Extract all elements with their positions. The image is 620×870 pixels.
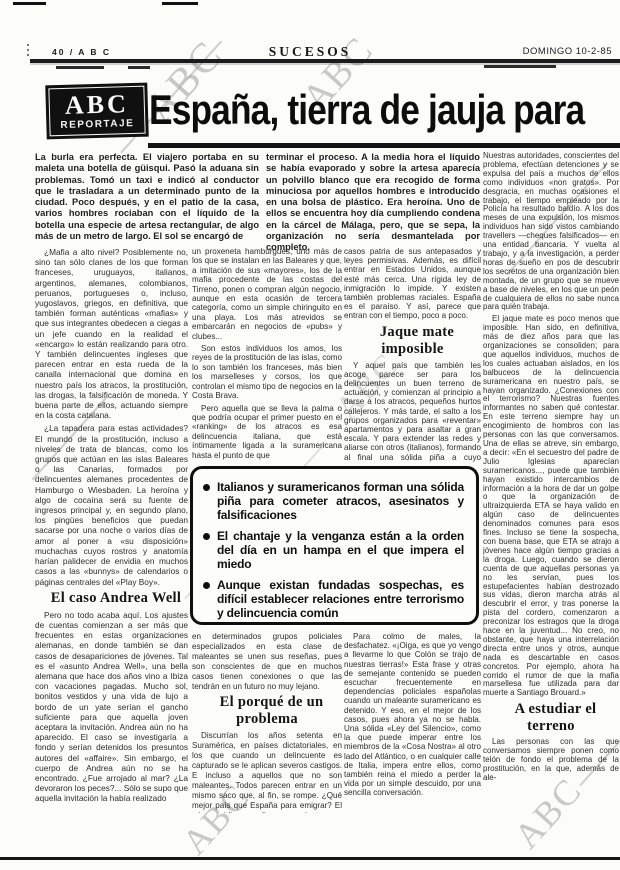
body-paragraph: Pero aquella que se lleva la palma o que… — [192, 404, 342, 460]
column-4: Nuestras autoridades, conscientes del pr… — [483, 152, 619, 798]
bullet-text: El chantaje y la venganza están a la ord… — [217, 529, 464, 571]
summary-bullet: El chantaje y la venganza están a la ord… — [203, 529, 464, 571]
bullet-dot-icon — [203, 484, 210, 491]
column-3-upper: casos patria de sus antepasados y leyes … — [344, 247, 481, 463]
body-paragraph: ¿Mafia a alto nivel? Posiblemente no, si… — [35, 247, 188, 420]
logo-abc-text: ABC — [65, 91, 130, 119]
body-paragraph: Nuestras autoridades, conscientes del pr… — [483, 152, 619, 312]
body-paragraph: casos patria de sus antepasados y leyes … — [344, 247, 481, 321]
body-paragraph: Pero no todo acaba aquí. Los ajustes de … — [35, 610, 188, 804]
body-paragraph: Son estos individuos los amos, los reyes… — [192, 344, 342, 400]
subheading-porque-problema: El porqué de un problema — [192, 694, 342, 728]
abc-reportaje-logo: ABC REPORTAJE — [45, 83, 148, 140]
header-dash — [56, 66, 104, 69]
body-paragraph: Para colmo de males, la desfachatez. «¡O… — [344, 632, 481, 798]
body-paragraph: ¿La tapadera para estas actividades? El … — [35, 423, 188, 586]
summary-bullet: Aunque existan fundadas sospechas, es di… — [203, 578, 464, 620]
summary-box: Italianos y suramericanos forman una sól… — [190, 466, 479, 625]
header-dash — [128, 66, 150, 69]
logo-frame: ABC REPORTAJE — [48, 86, 145, 137]
header-rule — [30, 59, 620, 63]
logo-subtitle: REPORTAJE — [60, 118, 134, 131]
column-2-upper: un proxeneta hamburgués, uno más de los … — [192, 247, 342, 461]
subheading-jaque-mate: Jaque mate imposible — [344, 324, 481, 358]
column-1: ¿Mafia a alto nivel? Posiblemente no, si… — [35, 247, 188, 820]
column-3-lower: Para colmo de males, la desfachatez. «¡O… — [344, 632, 481, 808]
bullet-dot-icon — [203, 582, 210, 589]
crop-mark — [162, 2, 198, 5]
page-bottom-rule — [0, 857, 620, 860]
body-paragraph: Y aquel país que también les acoge parec… — [344, 361, 481, 463]
body-paragraph: un proxeneta hamburgués, uno más de los … — [192, 247, 342, 341]
bullet-dot-icon — [203, 533, 210, 540]
header-dash — [484, 65, 556, 68]
newspaper-page: ABC ABC ABC ABC ABC 40 / A B C SUCESOS D… — [0, 0, 620, 870]
lead-paragraph-right: terminar el proceso. A la media hora el … — [266, 152, 480, 254]
subheading-estudiar-terreno: A estudiar el terreno — [483, 701, 619, 735]
column-2-lower: en determinados grupos policiales especi… — [192, 632, 342, 813]
body-paragraph: Las personas con las que conversamos sie… — [483, 738, 619, 783]
bullet-text: Aunque existan fundadas sospechas, es di… — [217, 578, 464, 620]
body-paragraph: El jaque mate es poco menos que imposibl… — [483, 315, 619, 698]
page-date: DOMINGO 10-2-85 — [523, 46, 612, 57]
body-paragraph: Discurrían los años setenta en Suraméric… — [192, 731, 342, 813]
subheading-caso-andrea-well: El caso Andrea Well — [35, 590, 188, 607]
bullet-text: Italianos y suramericanos forman una sól… — [217, 480, 464, 522]
body-paragraph: en determinados grupos policiales especi… — [192, 632, 342, 691]
summary-bullet: Italianos y suramericanos forman una sól… — [203, 480, 464, 522]
article-headline: España, tierra de jauja para — [149, 84, 619, 136]
lead-paragraph-left: La burla era perfecta. El viajero portab… — [35, 152, 259, 242]
headline-underline — [148, 143, 620, 148]
crop-mark — [13, 2, 46, 5]
